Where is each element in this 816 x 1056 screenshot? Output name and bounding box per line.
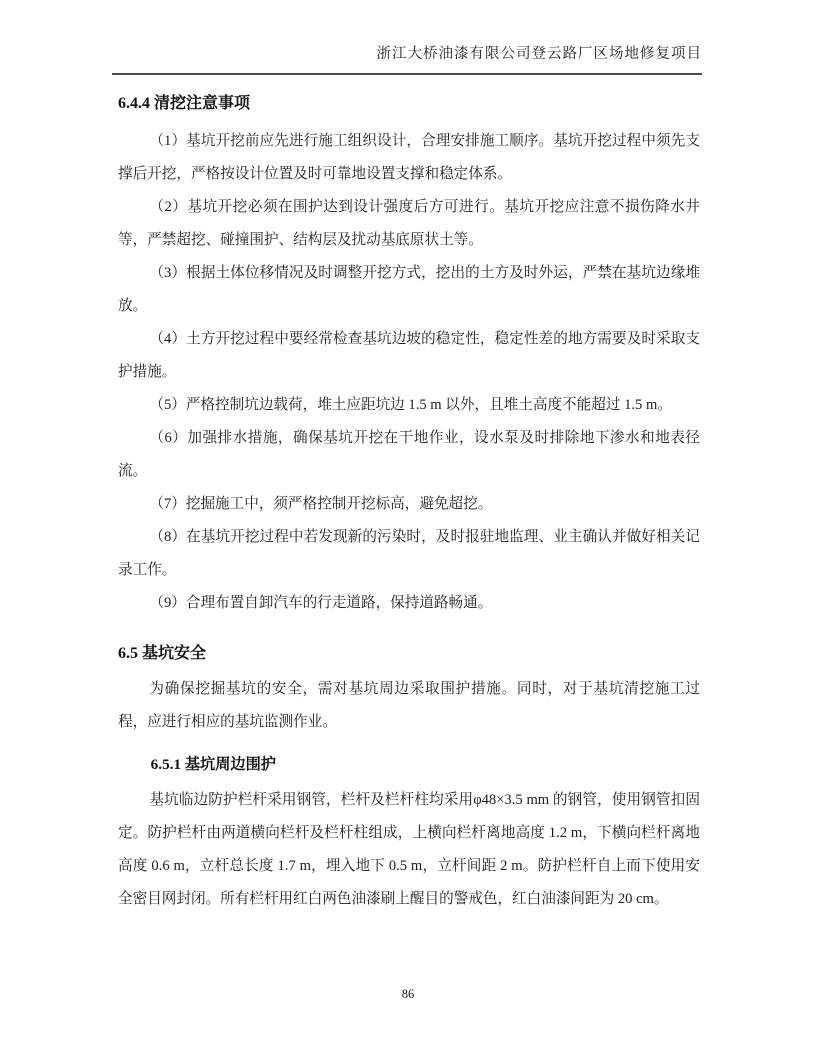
list-item-8: （8）在基坑开挖过程中若发现新的污染时，及时报驻地监理、业主确认并做好相关记录工… [118, 521, 700, 587]
section-65-intro: 为确保挖掘基坑的安全，需对基坑周边采取围护措施。同时，对于基坑清挖施工过程，应进… [118, 673, 700, 739]
header-rule [112, 73, 702, 75]
list-item-9: （9）合理布置自卸汽车的行走道路，保持道路畅通。 [118, 587, 700, 620]
section-heading-651: 6.5.1 基坑周边围护 [118, 753, 700, 774]
section-heading-644: 6.4.4 清挖注意事项 [118, 90, 700, 113]
list-item-2: （2）基坑开挖必须在围护达到设计强度后方可进行。基坑开挖应注意不损伤降水井等，严… [118, 191, 700, 257]
document-page: 浙江大桥油漆有限公司登云路厂区场地修复项目 6.4.4 清挖注意事项 （1）基坑… [0, 0, 816, 1056]
list-item-3: （3）根据土体位移情况及时调整开挖方式，挖出的土方及时外运，严禁在基坑边缘堆放。 [118, 257, 700, 323]
list-item-5: （5）严格控制坑边载荷，堆土应距坑边 1.5 m 以外，且堆土高度不能超过 1.… [118, 389, 700, 422]
document-body: 6.4.4 清挖注意事项 （1）基坑开挖前应先进行施工组织设计，合理安排施工顺序… [118, 90, 700, 916]
section-651-body: 基坑临边防护栏杆采用钢管，栏杆及栏杆柱均采用φ48×3.5 mm 的钢管，使用钢… [118, 784, 700, 916]
section-heading-65: 6.5 基坑安全 [118, 640, 700, 663]
list-item-4: （4）土方开挖过程中要经常检查基坑边坡的稳定性，稳定性差的地方需要及时采取支护措… [118, 323, 700, 389]
page-header-title: 浙江大桥油漆有限公司登云路厂区场地修复项目 [112, 42, 702, 63]
page-number: 86 [0, 987, 816, 1002]
list-item-7: （7）挖掘施工中，须严格控制开挖标高，避免超挖。 [118, 488, 700, 521]
list-item-6: （6）加强排水措施，确保基坑开挖在干地作业，设水泵及时排除地下渗水和地表径流。 [118, 422, 700, 488]
list-item-1: （1）基坑开挖前应先进行施工组织设计，合理安排施工顺序。基坑开挖过程中须先支撑后… [118, 125, 700, 191]
